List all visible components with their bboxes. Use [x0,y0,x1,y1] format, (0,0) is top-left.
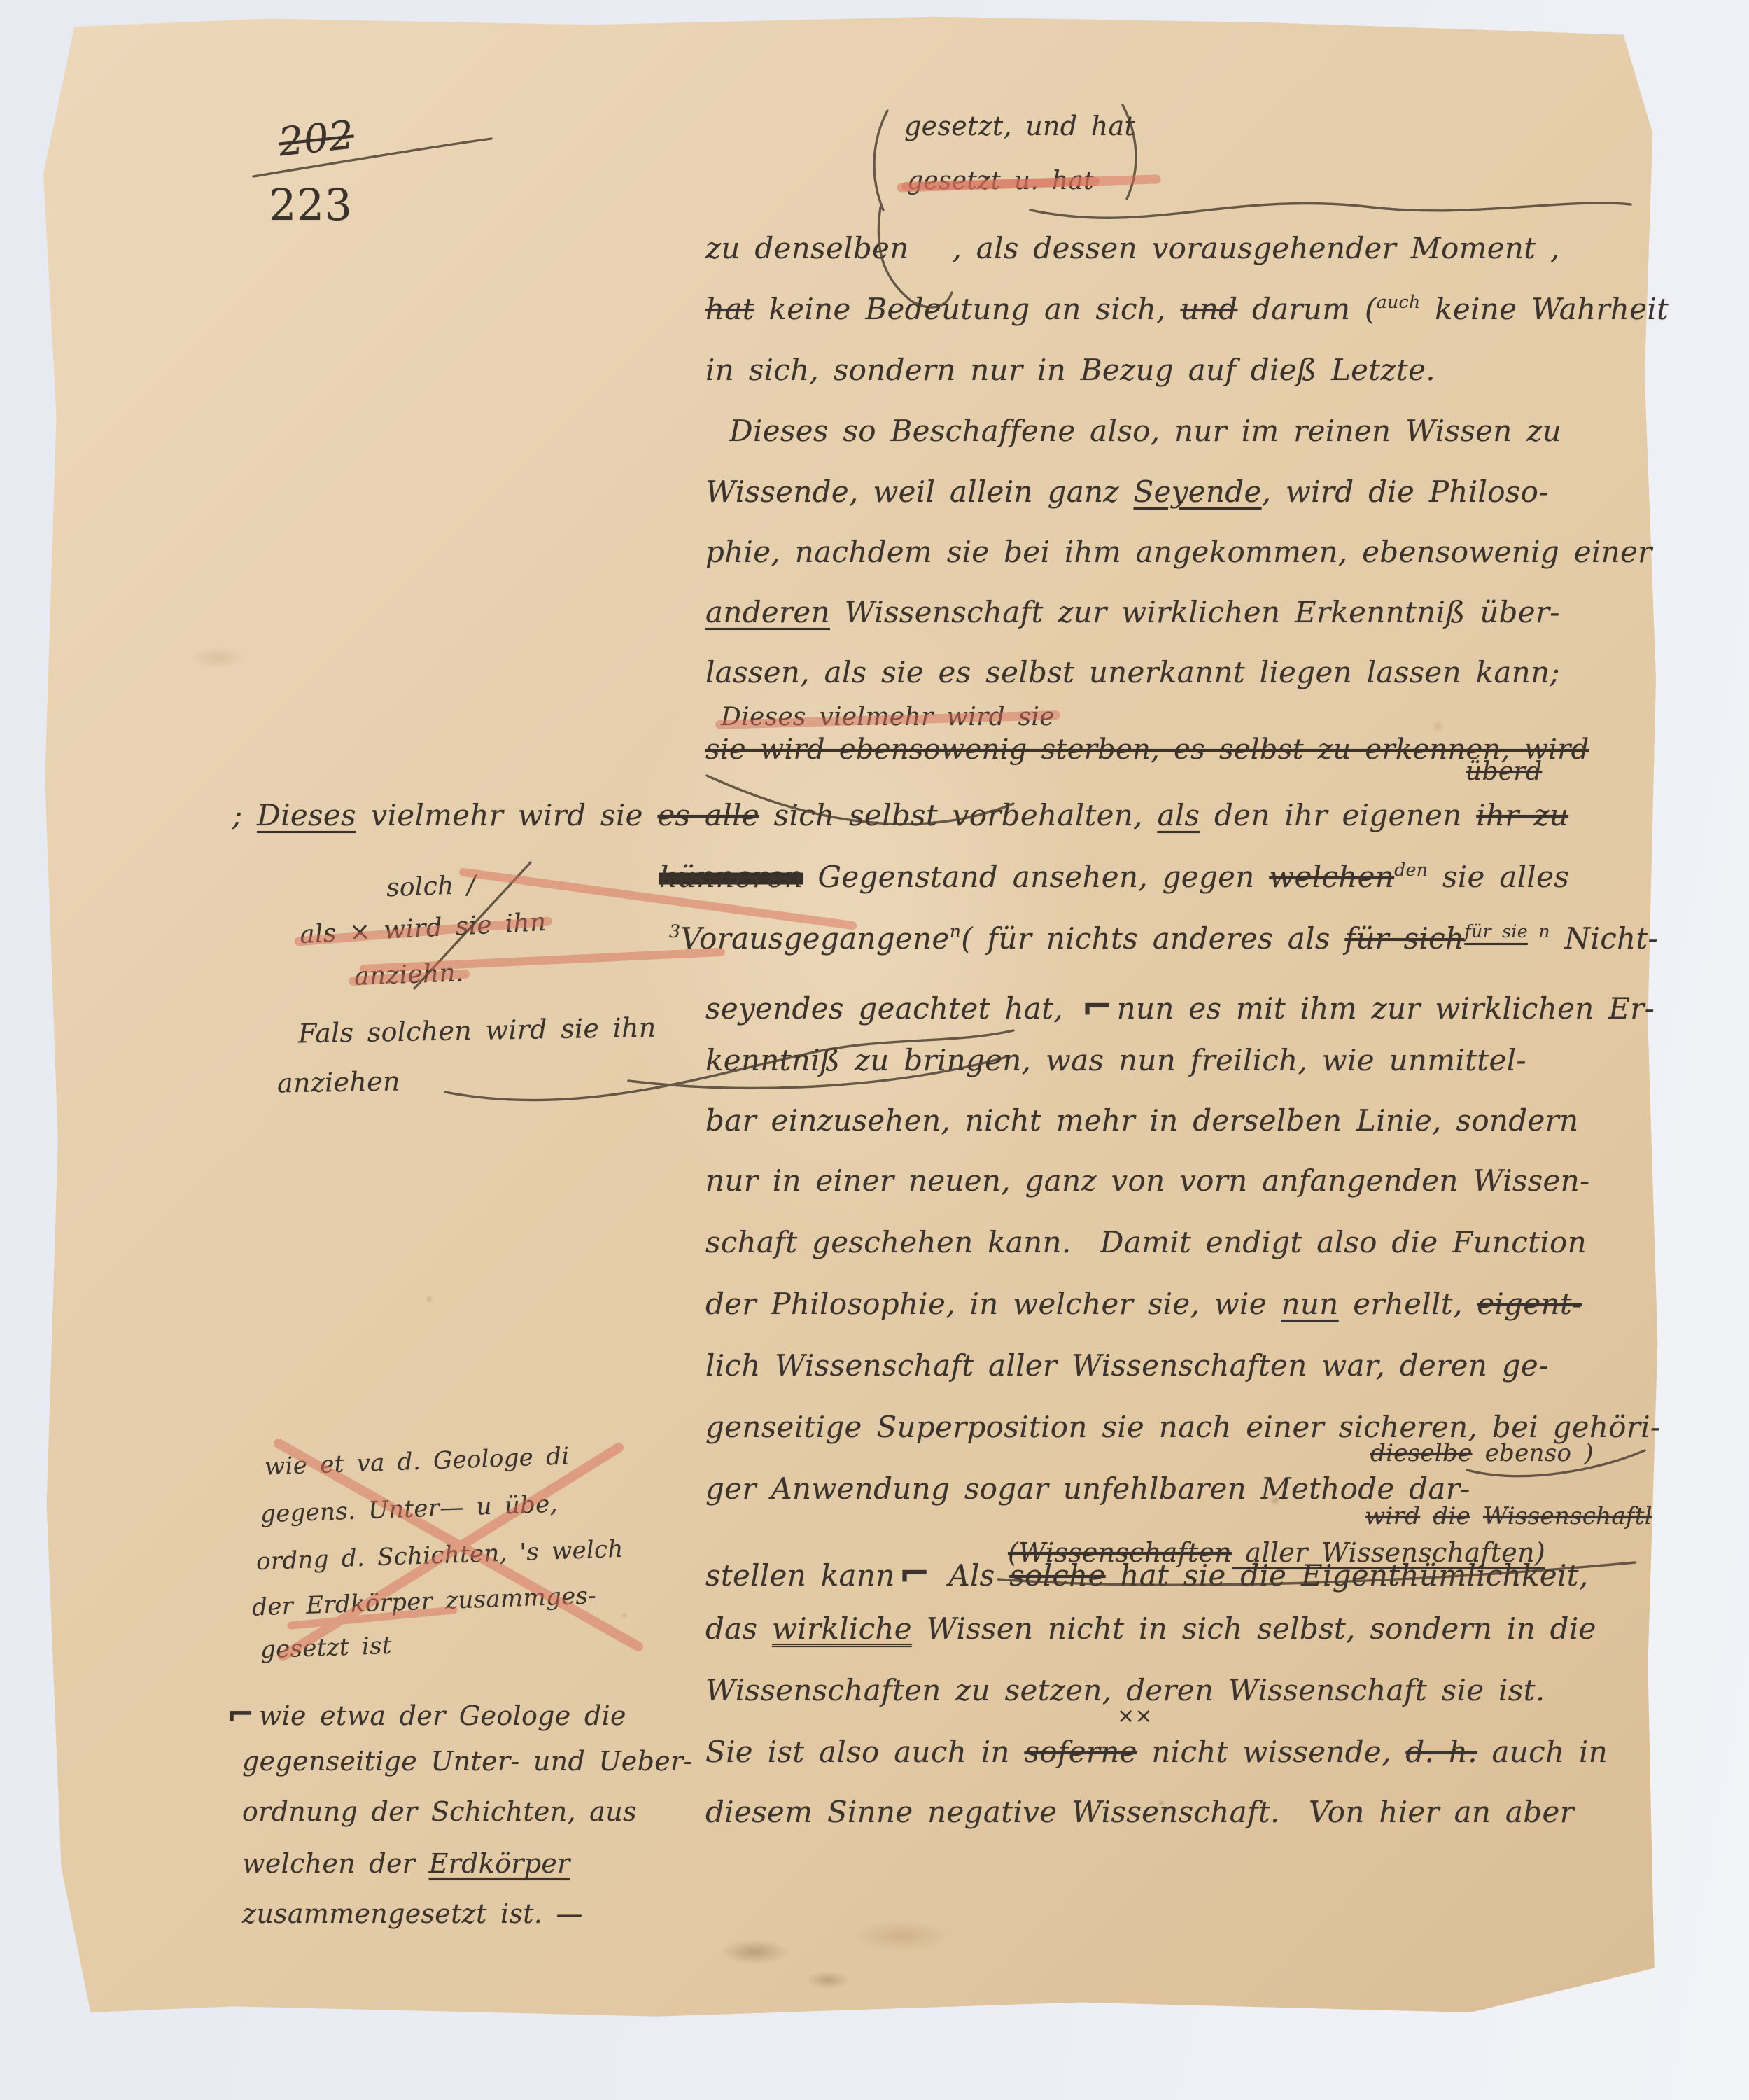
insertion-note-line-struck: gesetzt u. hat [907,167,1094,195]
manuscript-line: Wissenschaften zu setzen, deren Wissensc… [705,1673,1545,1707]
manuscript-line: ; Dieses vielmehr wird sie es alle sich … [232,798,1568,832]
manuscript-line: Dieses so Beschaffene also, nur im reine… [729,414,1561,448]
manuscript-line: hat keine Bedeutung an sich, und darum (… [705,292,1669,326]
manuscript-line: in sich, sondern nur in Bezug auf dieß L… [705,353,1435,387]
margin-note-solch: solch / [386,871,476,902]
page-number-new: 223 [269,179,352,230]
manuscript-line: das wirkliche Wissen nicht in sich selbs… [705,1611,1596,1646]
manuscript-line: sie wird ebensowenig sterben, es selbst … [705,734,1589,766]
margin-note-fals: Fals solchen wird sie ihn [298,1012,656,1049]
manuscript-line: anderen Wissenschaft zur wirklichen Erke… [705,595,1560,629]
margin-note-geology-crossed: gesetzt ist [260,1632,392,1665]
insertion-note-line: gesetzt, und hat [904,111,1135,141]
manuscript-line: Dieses vielmehr wird sie [721,703,1055,731]
manuscript-line: lassen, als sie es selbst unerkannt lieg… [705,655,1560,689]
manuscript-line: künneren Gegenstand ansehen, gegen welch… [659,860,1569,894]
margin-note-geology: ⌐wie etwa der Geologe die [223,1693,626,1733]
manuscript-line: phie, nachdem sie bei ihm angekommen, eb… [705,535,1652,569]
interlinear-correction-xx_mark: ×× [1117,1704,1153,1728]
manuscript-line: Wissende, weil allein ganz Seyende, wird… [705,475,1549,509]
interlinear-correction-ueberd: überd [1466,757,1542,786]
manuscript-line: Sie ist also auch in soferne nicht wisse… [705,1735,1608,1769]
manuscript-line: diesem Sinne negative Wissenschaft. Von … [705,1795,1574,1829]
interlinear-correction-wiss_struck: wird die Wissenschaftl [1365,1502,1652,1530]
margin-note-fals: anziehen [277,1065,400,1098]
margin-note-geology: ordnung der Schichten, aus [242,1796,637,1827]
manuscript-line: nur in einer neuen, ganz von vorn anfang… [705,1163,1590,1198]
page-number-old: 202 [276,113,356,166]
interlinear-correction-wiss_insert: (Wissenschaften aller Wissenschaften) [1008,1537,1545,1568]
margin-note-solch: anziehn. [353,958,464,990]
manuscript-line: ger Anwendung sogar unfehlbaren Methode … [705,1471,1470,1506]
margin-note-geology: gegenseitige Unter- und Ueber- [242,1746,693,1777]
interlinear-correction-ebenso: dieselbe ebenso ) [1370,1439,1594,1467]
manuscript-line: kenntniß zu bringen, was nun freilich, w… [705,1043,1526,1077]
margin-note-geology: welchen der Erdkörper [242,1848,570,1879]
manuscript-line: 3Vorausgegangenen( für nichts anderes al… [669,921,1658,955]
manuscript-line: bar einzusehen, nicht mehr in derselben … [705,1103,1578,1137]
manuscript-line: der Philosophie, in welcher sie, wie nun… [705,1287,1582,1321]
scanned-manuscript: { "page": { "old_number_struck": "202", … [0,0,1749,2100]
manuscript-line: lich Wissenschaft aller Wissenschaften w… [705,1348,1549,1382]
margin-note-geology: zusammengesetzt ist. — [242,1898,583,1929]
manuscript-line: schaft geschehen kann. Damit endigt also… [705,1225,1587,1259]
manuscript-line: seyendes geachtet hat, ⌐nun es mit ihm z… [705,983,1655,1028]
manuscript-line: zu denselben , als dessen vorausgehender… [705,231,1560,265]
